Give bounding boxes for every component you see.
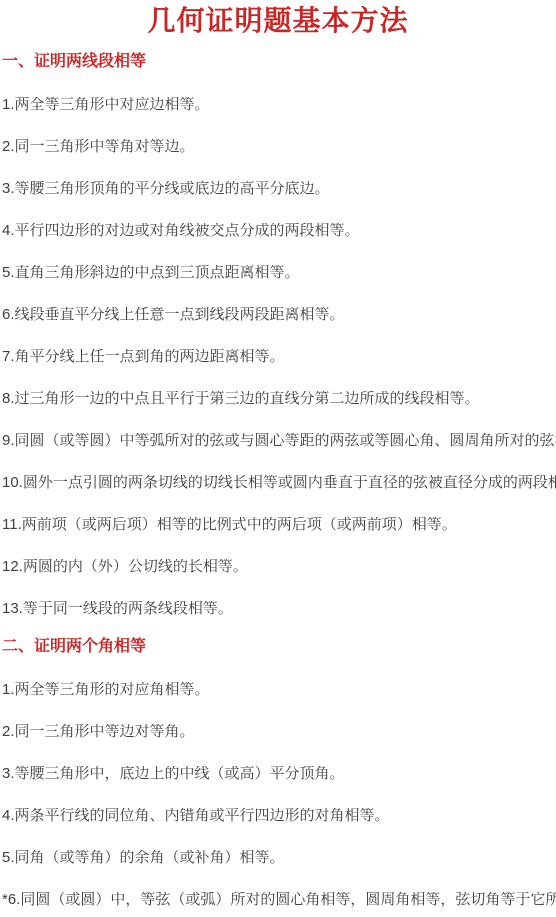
list-item: 6.线段垂直平分线上任意一点到线段两段距离相等。	[2, 307, 556, 323]
section-heading: 一、证明两线段相等	[2, 53, 556, 71]
section-prove-angles-equal: 二、证明两个角相等 1.两全等三角形的对应角相等。 2.同一三角形中等边对等角。…	[0, 638, 556, 908]
document-page: 几何证明题基本方法 一、证明两线段相等 1.两全等三角形中对应边相等。 2.同一…	[0, 0, 556, 917]
page-title: 几何证明题基本方法	[0, 0, 556, 38]
list-item: 2.同一三角形中等角对等边。	[2, 139, 556, 155]
section-prove-segments-equal: 一、证明两线段相等 1.两全等三角形中对应边相等。 2.同一三角形中等角对等边。…	[0, 53, 556, 617]
list-item: *6.同圆（或圆）中，等弦（或弧）所对的圆心角相等，圆周角相等，弦切角等于它所夹…	[2, 892, 556, 908]
list-item: 1.两全等三角形的对应角相等。	[2, 682, 556, 698]
section-heading: 二、证明两个角相等	[2, 638, 556, 656]
list-item: 3.等腰三角形中，底边上的中线（或高）平分顶角。	[2, 766, 556, 782]
list-item: 4.两条平行线的同位角、内错角或平行四边形的对角相等。	[2, 808, 556, 824]
list-item: 1.两全等三角形中对应边相等。	[2, 97, 556, 113]
list-item: 7.角平分线上任一点到角的两边距离相等。	[2, 349, 556, 365]
list-item: 3.等腰三角形顶角的平分线或底边的高平分底边。	[2, 181, 556, 197]
list-item: 5.同角（或等角）的余角（或补角）相等。	[2, 850, 556, 866]
list-item: 13.等于同一线段的两条线段相等。	[2, 601, 556, 617]
list-item: 10.圆外一点引圆的两条切线的切线长相等或圆内垂直于直径的弦被直径分成的两段相等…	[2, 475, 556, 491]
list-item: 9.同圆（或等圆）中等弧所对的弦或与圆心等距的两弦或等圆心角、圆周角所对的弦相等…	[2, 433, 556, 449]
list-item: 11.两前项（或两后项）相等的比例式中的两后项（或两前项）相等。	[2, 517, 556, 533]
list-item: 4.平行四边形的对边或对角线被交点分成的两段相等。	[2, 223, 556, 239]
list-item: 12.两圆的内（外）公切线的长相等。	[2, 559, 556, 575]
list-item: 5.直角三角形斜边的中点到三顶点距离相等。	[2, 265, 556, 281]
list-item: 2.同一三角形中等边对等角。	[2, 724, 556, 740]
list-item: 8.过三角形一边的中点且平行于第三边的直线分第二边所成的线段相等。	[2, 391, 556, 407]
